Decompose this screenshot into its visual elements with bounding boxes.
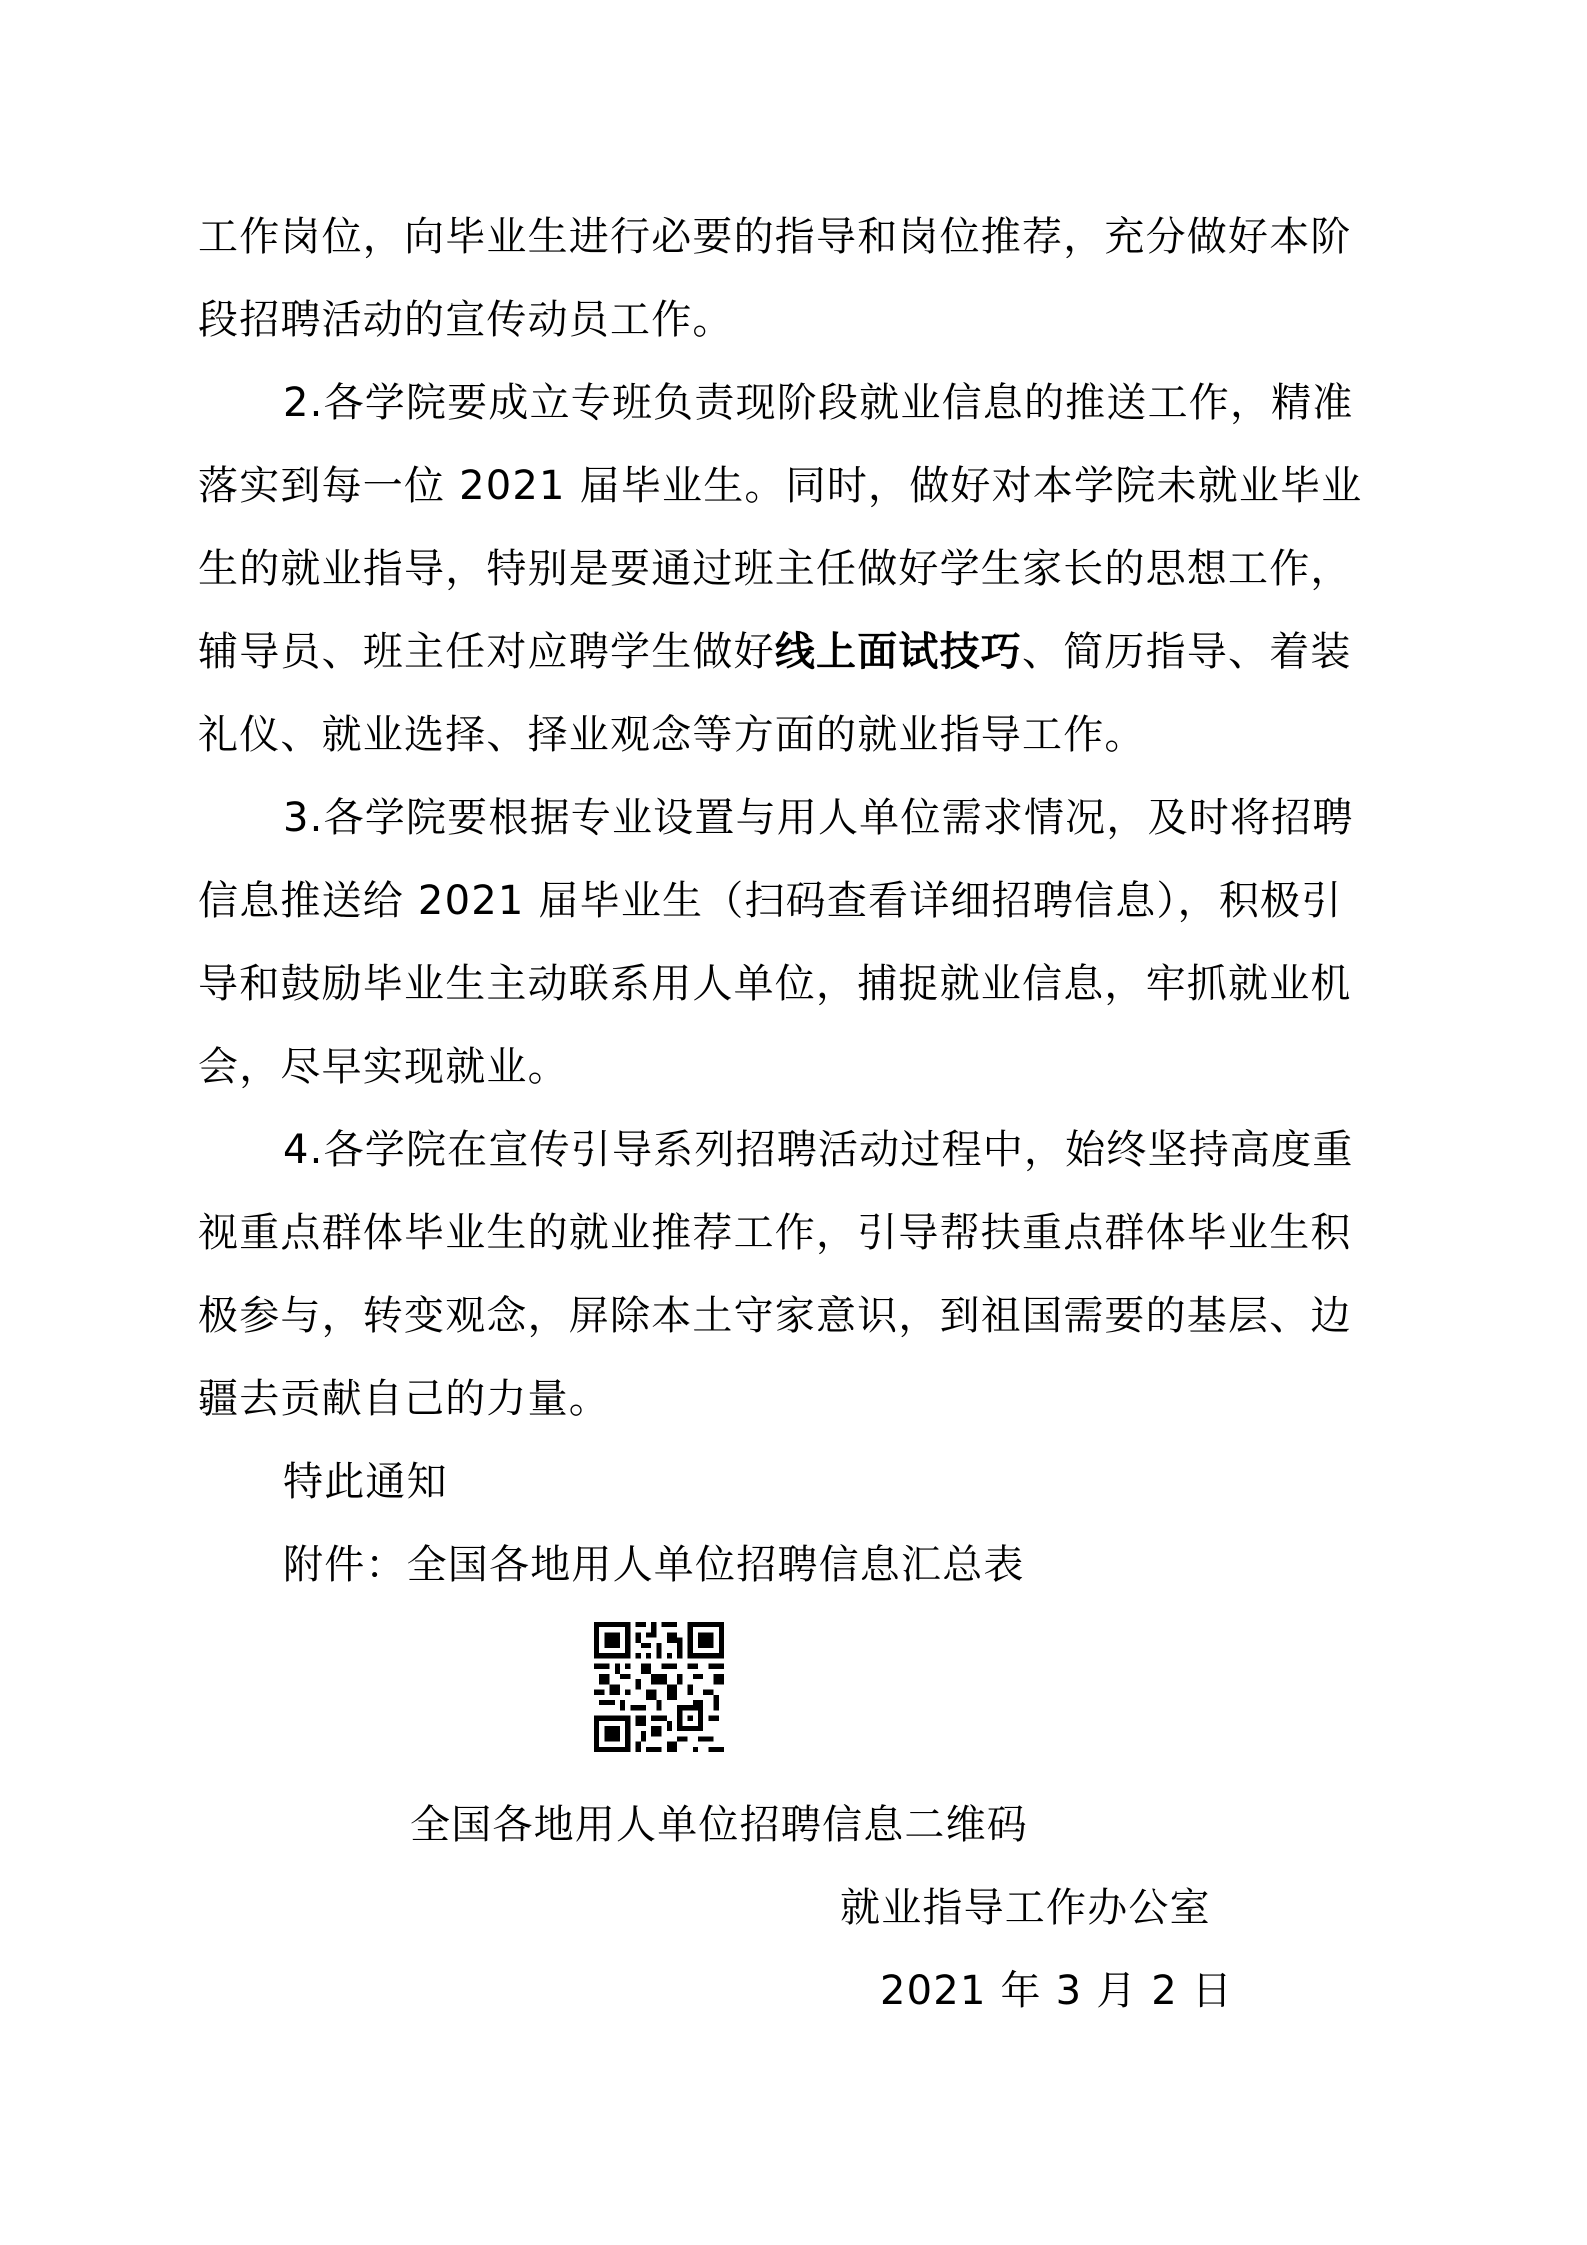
paragraph-4-line-2: 视重点群体毕业生的就业推荐工作，引导帮扶重点群体毕业生积 bbox=[198, 1209, 1352, 1257]
signature-date: 2021 年 3 月 2 日 bbox=[880, 1967, 1233, 2015]
signature-office: 就业指导工作办公室 bbox=[840, 1884, 1211, 1932]
attachment-text: 附件：全国各地用人单位招聘信息汇总表 bbox=[283, 1541, 1025, 1589]
paragraph-2-line-1: 2.各学院要成立专班负责现阶段就业信息的推送工作，精准 bbox=[283, 379, 1354, 427]
document-page: 工作岗位，向毕业生进行必要的指导和岗位推荐，充分做好本阶 段招聘活动的宣传动员工… bbox=[0, 0, 1587, 2245]
paragraph-2-line-2: 落实到每一位 2021 届毕业生。同时，做好对本学院未就业毕业 bbox=[198, 462, 1362, 510]
paragraph-3-line-4: 会，尽早实现就业。 bbox=[198, 1043, 569, 1091]
paragraph-4-line-1: 4.各学院在宣传引导系列招聘活动过程中，始终坚持高度重 bbox=[283, 1126, 1354, 1174]
emphasis-online-interview-skills: 线上面试技巧 bbox=[775, 629, 1022, 675]
closing-text: 特此通知 bbox=[283, 1458, 448, 1506]
paragraph-4-line-3: 极参与，转变观念，屏除本土守家意识，到祖国需要的基层、边 bbox=[198, 1292, 1352, 1340]
paragraph-3-line-1: 3.各学院要根据专业设置与用人单位需求情况，及时将招聘 bbox=[283, 794, 1354, 842]
qr-code-icon bbox=[588, 1622, 730, 1752]
paragraph-2-line-4: 辅导员、班主任对应聘学生做好线上面试技巧、简历指导、着装 bbox=[198, 628, 1352, 676]
paragraph-2-line-4-before: 辅导员、班主任对应聘学生做好 bbox=[198, 629, 775, 675]
paragraph-2-line-3: 生的就业指导，特别是要通过班主任做好学生家长的思想工作， bbox=[198, 545, 1352, 593]
paragraph-4-line-4: 疆去贡献自己的力量。 bbox=[198, 1375, 610, 1423]
paragraph-1-line-1: 工作岗位，向毕业生进行必要的指导和岗位推荐，充分做好本阶 bbox=[198, 213, 1352, 261]
paragraph-2-line-4-after: 、简历指导、着装 bbox=[1022, 629, 1352, 675]
qr-code-caption: 全国各地用人单位招聘信息二维码 bbox=[410, 1801, 1028, 1849]
paragraph-1-line-2: 段招聘活动的宣传动员工作。 bbox=[198, 296, 734, 344]
paragraph-2-line-5: 礼仪、就业选择、择业观念等方面的就业指导工作。 bbox=[198, 711, 1146, 759]
paragraph-3-line-2: 信息推送给 2021 届毕业生（扫码查看详细招聘信息），积极引 bbox=[198, 877, 1342, 925]
paragraph-3-line-3: 导和鼓励毕业生主动联系用人单位，捕捉就业信息，牢抓就业机 bbox=[198, 960, 1352, 1008]
